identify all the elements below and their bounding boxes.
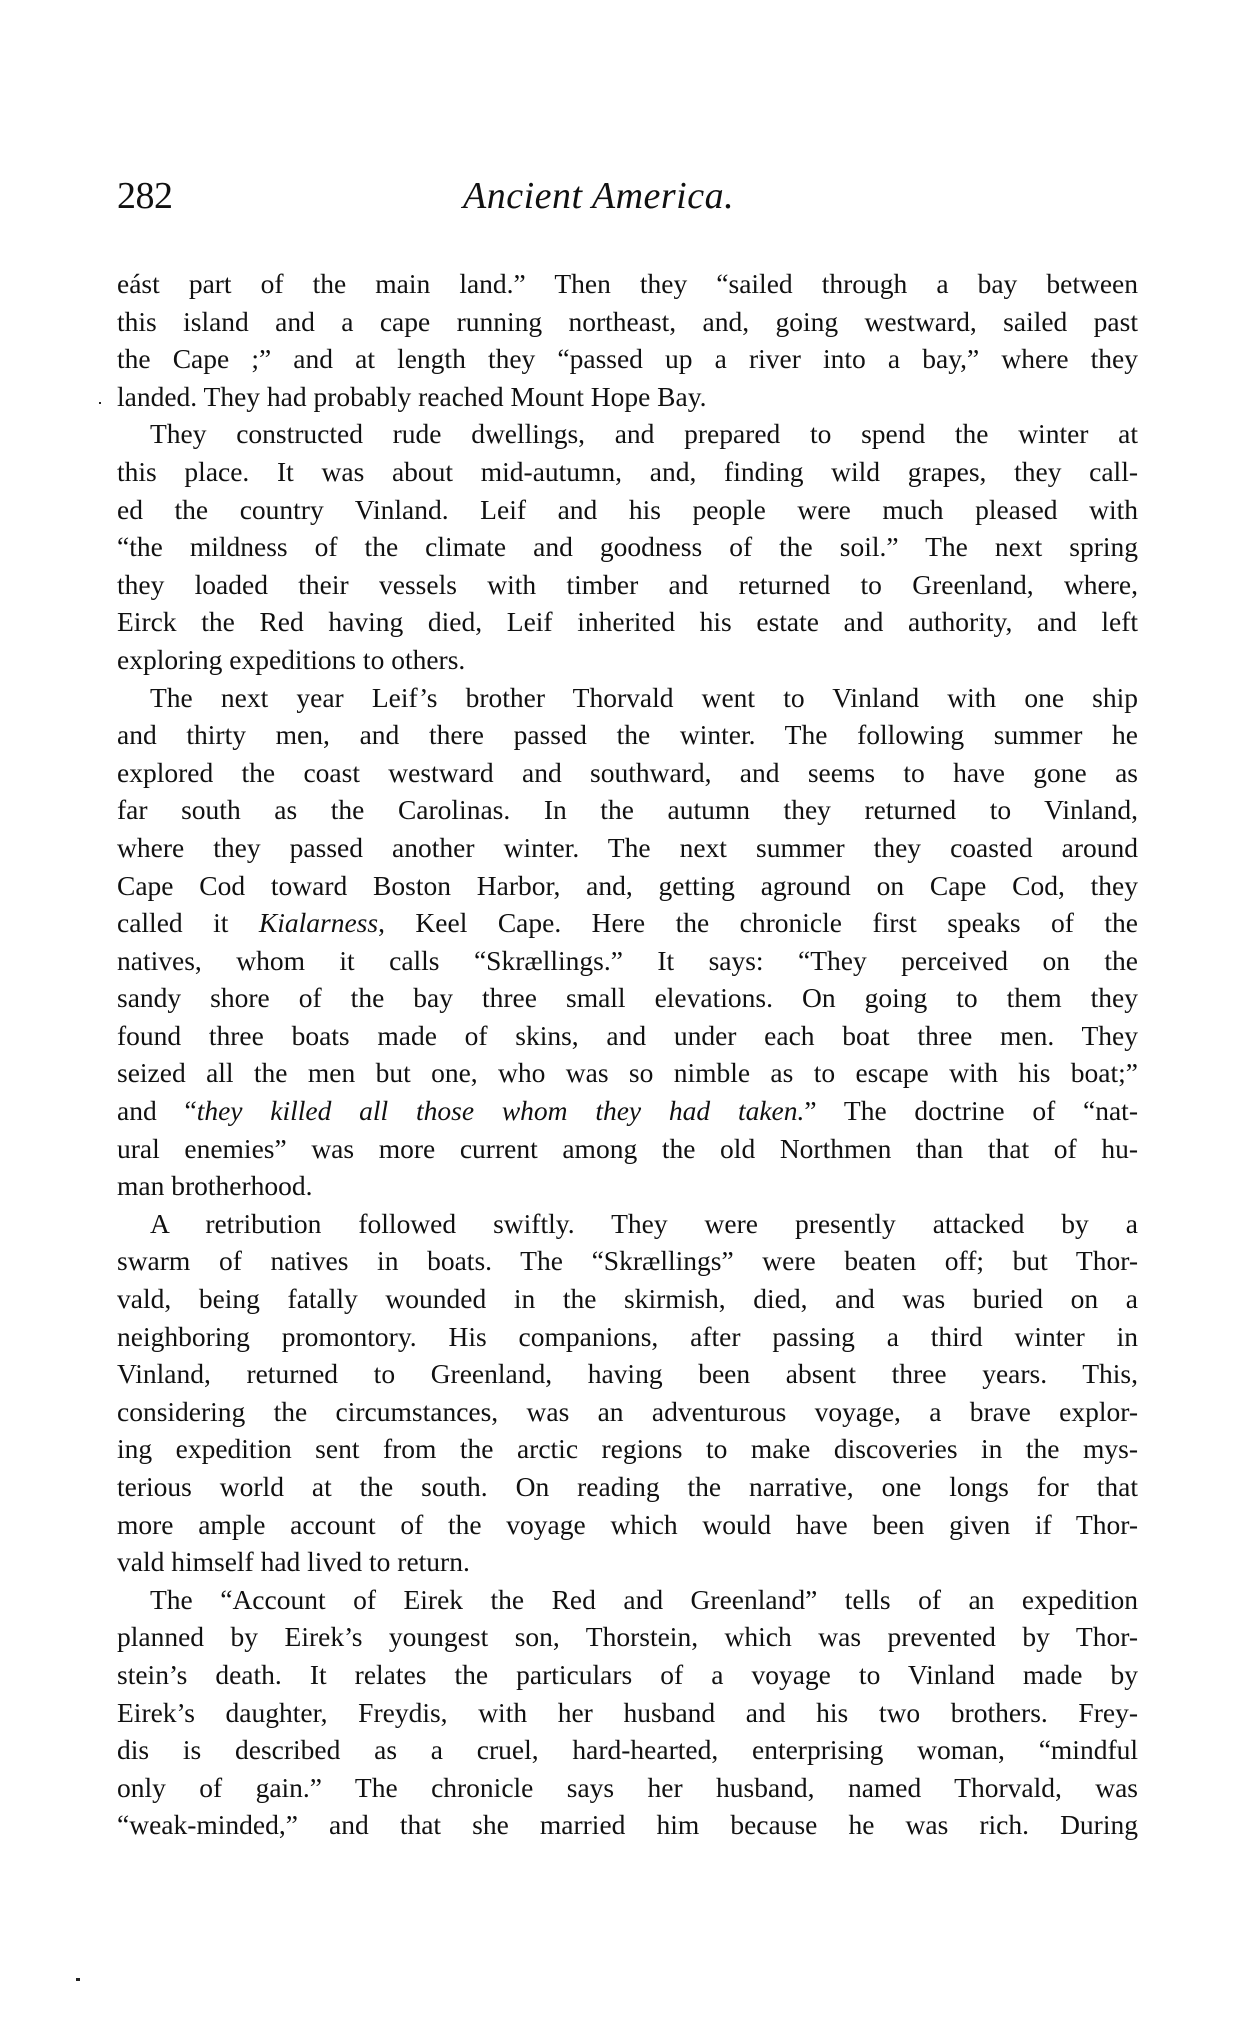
text-line: this place. It was about mid-autumn, and… — [117, 453, 1138, 491]
text-line: considering the circumstances, was an ad… — [117, 1393, 1138, 1431]
text-line: “weak-minded,” and that she married him … — [117, 1806, 1138, 1844]
text-line: The “Account of Eirek the Red and Greenl… — [117, 1581, 1138, 1619]
text-line: this island and a cape running northeast… — [117, 303, 1138, 341]
running-head: 282 Ancient America. — [117, 172, 1138, 220]
text-line: sandy shore of the bay three small eleva… — [117, 979, 1138, 1017]
text-line: A retribution followed swiftly. They wer… — [117, 1205, 1138, 1243]
text-line: “the mildness of the climate and goodnes… — [117, 528, 1138, 566]
text-line: stein’s death. It relates the particular… — [117, 1656, 1138, 1694]
text-line: dis is described as a cruel, hard-hearte… — [117, 1731, 1138, 1769]
text-line: Eirck the Red having died, Leif inherite… — [117, 603, 1138, 641]
italic-text-run: Kialarness — [259, 907, 378, 938]
book-page: 282 Ancient America. eást part of the ma… — [0, 0, 1243, 2034]
text-run: called it — [117, 907, 259, 938]
text-line: The next year Leif’s brother Thorvald we… — [117, 679, 1138, 717]
text-run: ” The doctrine of “nat- — [804, 1095, 1138, 1126]
text-line: man brotherhood. — [117, 1167, 1138, 1205]
text-line: natives, whom it calls “Skrællings.” It … — [117, 942, 1138, 980]
text-line: eást part of the main land.” Then they “… — [117, 265, 1138, 303]
italic-text-run: they killed all those whom they had take… — [197, 1095, 805, 1126]
text-line: landed. They had probably reached Mount … — [117, 378, 1138, 416]
text-run: , Keel Cape. Here the chronicle first sp… — [378, 907, 1138, 938]
text-line: Cape Cod toward Boston Harbor, and, gett… — [117, 867, 1138, 905]
text-line: and thirty men, and there passed the win… — [117, 716, 1138, 754]
text-line: more ample account of the voyage which w… — [117, 1506, 1138, 1544]
text-line: They constructed rude dwellings, and pre… — [117, 415, 1138, 453]
text-run: and “ — [117, 1095, 197, 1126]
text-line: Vinland, returned to Greenland, having b… — [117, 1355, 1138, 1393]
text-line: seized all the men but one, who was so n… — [117, 1054, 1138, 1092]
text-line: swarm of natives in boats. The “Skrællin… — [117, 1242, 1138, 1280]
text-line: the Cape ;” and at length they “passed u… — [117, 340, 1138, 378]
text-line: exploring expeditions to others. — [117, 641, 1138, 679]
text-line: explored the coast westward and southwar… — [117, 754, 1138, 792]
text-line: where they passed another winter. The ne… — [117, 829, 1138, 867]
text-line: terious world at the south. On reading t… — [117, 1468, 1138, 1506]
page-number: 282 — [117, 172, 173, 220]
body-text: eást part of the main land.” Then they “… — [117, 265, 1138, 1844]
print-speck — [76, 1978, 80, 1981]
text-line: only of gain.” The chronicle says her hu… — [117, 1769, 1138, 1807]
print-speck — [99, 402, 101, 404]
text-line: vald, being fatally wounded in the skirm… — [117, 1280, 1138, 1318]
text-line: called it Kialarness, Keel Cape. Here th… — [117, 904, 1138, 942]
text-line: planned by Eirek’s youngest son, Thorste… — [117, 1618, 1138, 1656]
text-line: ed the country Vinland. Leif and his peo… — [117, 491, 1138, 529]
running-title: Ancient America. — [463, 172, 734, 220]
text-line: and “they killed all those whom they had… — [117, 1092, 1138, 1130]
text-line: neighboring promontory. His companions, … — [117, 1318, 1138, 1356]
text-line: Eirek’s daughter, Freydis, with her husb… — [117, 1694, 1138, 1732]
text-line: far south as the Carolinas. In the autum… — [117, 791, 1138, 829]
text-line: ural enemies” was more current among the… — [117, 1130, 1138, 1168]
text-line: ing expedition sent from the arctic regi… — [117, 1430, 1138, 1468]
text-line: they loaded their vessels with timber an… — [117, 566, 1138, 604]
text-line: found three boats made of skins, and und… — [117, 1017, 1138, 1055]
text-line: vald himself had lived to return. — [117, 1543, 1138, 1581]
